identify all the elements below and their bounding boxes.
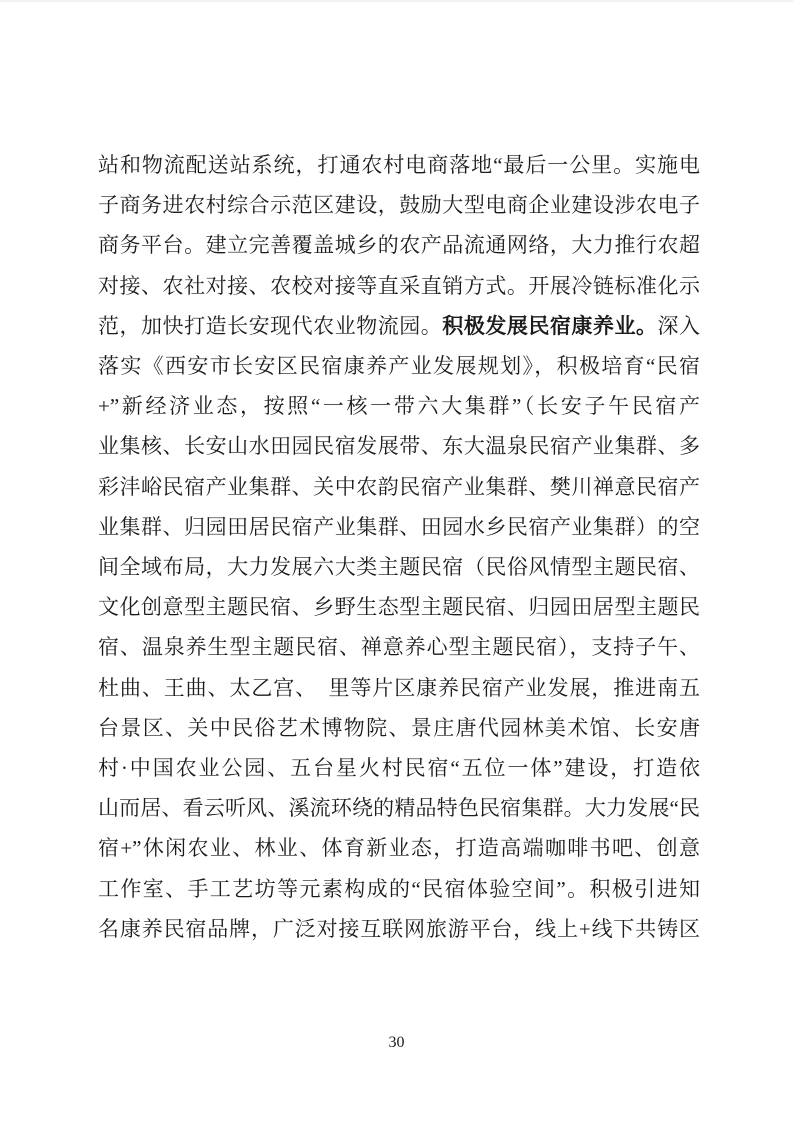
text-line: 站和物流配送站系统，打通农村电商落地“最后一公里。实施电 <box>98 145 700 185</box>
text-line: 杜曲、王曲、太乙宫、 里等片区康养民宿产业发展，推进南五 <box>98 668 700 708</box>
text-run: 间全域布局，大力发展六大类主题民宿（民俗风情型主题民宿、 <box>98 555 700 579</box>
text-run: 深入 <box>657 314 700 338</box>
text-line: 台景区、关中民俗艺术博物院、景庄唐代园林美术馆、长安唐 <box>98 708 700 748</box>
text-run: 对接、农社对接、农校对接等直采直销方式。开展冷链标准化示 <box>98 274 700 298</box>
text-run: 落实《西安市长安区民宿康养产业发展规划》，积极培育“民宿 <box>98 354 700 378</box>
text-line: 业集群、归园田居民宿产业集群、田园水乡民宿产业集群）的空 <box>98 507 700 547</box>
text-run: 业集核、长安山水田园民宿发展带、东大温泉民宿产业集群、多 <box>98 434 700 458</box>
text-run: 业集群、归园田居民宿产业集群、田园水乡民宿产业集群）的空 <box>98 515 700 539</box>
text-line: 业集核、长安山水田园民宿发展带、东大温泉民宿产业集群、多 <box>98 426 700 466</box>
bold-text-run: 积极发展民宿康养业。 <box>442 314 657 338</box>
text-run: 文化创意型主题民宿、乡野生态型主题民宿、归园田居型主题民 <box>98 595 700 619</box>
text-line: 宿+”休闲农业、林业、体育新业态，打造高端咖啡书吧、创意 <box>98 828 700 868</box>
text-run: 彩沣峪民宿产业集群、关中农韵民宿产业集群、樊川禅意民宿产 <box>98 475 700 499</box>
text-line: 商务平台。建立完善覆盖城乡的农产品流通网络，大力推行农超 <box>98 225 700 265</box>
text-line: 子商务进农村综合示范区建设，鼓励大型电商企业建设涉农电子 <box>98 185 700 225</box>
text-line: 山而居、看云听风、溪流环绕的精品特色民宿集群。大力发展“民 <box>98 788 700 828</box>
text-run: 宿、温泉养生型主题民宿、禅意养心型主题民宿），支持子午、 <box>98 635 700 659</box>
text-line: 落实《西安市长安区民宿康养产业发展规划》，积极培育“民宿 <box>98 346 700 386</box>
text-run: 范，加快打造长安现代农业物流园。 <box>98 314 442 338</box>
text-run: 子商务进农村综合示范区建设，鼓励大型电商企业建设涉农电子 <box>98 193 700 217</box>
text-run: 杜曲、王曲、太乙宫、 里等片区康养民宿产业发展，推进南五 <box>98 676 700 700</box>
text-line: 文化创意型主题民宿、乡野生态型主题民宿、归园田居型主题民 <box>98 587 700 627</box>
text-run: 台景区、关中民俗艺术博物院、景庄唐代园林美术馆、长安唐 <box>98 716 700 740</box>
text-run: 村·中国农业公园、五台星火村民宿“五位一体”建设，打造依 <box>98 756 700 780</box>
text-line: 间全域布局，大力发展六大类主题民宿（民俗风情型主题民宿、 <box>98 547 700 587</box>
text-run: 站和物流配送站系统，打通农村电商落地“最后一公里。实施电 <box>98 153 700 177</box>
text-line: 宿、温泉养生型主题民宿、禅意养心型主题民宿），支持子午、 <box>98 627 700 667</box>
text-run: 山而居、看云听风、溪流环绕的精品特色民宿集群。大力发展“民 <box>98 796 700 820</box>
text-run: 商务平台。建立完善覆盖城乡的农产品流通网络，大力推行农超 <box>98 233 700 257</box>
text-run: 工作室、手工艺坊等元素构成的“民宿体验空间”。积极引进知 <box>98 877 700 901</box>
document-page: 站和物流配送站系统，打通农村电商落地“最后一公里。实施电子商务进农村综合示范区建… <box>0 0 793 1122</box>
body-text-paragraph: 站和物流配送站系统，打通农村电商落地“最后一公里。实施电子商务进农村综合示范区建… <box>98 145 700 949</box>
text-line: +”新经济业态，按照“一核一带六大集群”（长安子午民宿产 <box>98 386 700 426</box>
text-line: 范，加快打造长安现代农业物流园。积极发展民宿康养业。深入 <box>98 306 700 346</box>
page-top-edge <box>0 0 793 2</box>
text-line: 彩沣峪民宿产业集群、关中农韵民宿产业集群、樊川禅意民宿产 <box>98 467 700 507</box>
text-line: 村·中国农业公园、五台星火村民宿“五位一体”建设，打造依 <box>98 748 700 788</box>
text-line: 工作室、手工艺坊等元素构成的“民宿体验空间”。积极引进知 <box>98 869 700 909</box>
text-run: 宿+”休闲农业、林业、体育新业态，打造高端咖啡书吧、创意 <box>98 836 700 860</box>
page-number: 30 <box>0 1033 793 1053</box>
text-run: +”新经济业态，按照“一核一带六大集群”（长安子午民宿产 <box>98 394 700 418</box>
text-line: 名康养民宿品牌，广泛对接互联网旅游平台，线上+线下共铸区 <box>98 909 700 949</box>
text-run: 名康养民宿品牌，广泛对接互联网旅游平台，线上+线下共铸区 <box>98 917 700 941</box>
text-line: 对接、农社对接、农校对接等直采直销方式。开展冷链标准化示 <box>98 266 700 306</box>
